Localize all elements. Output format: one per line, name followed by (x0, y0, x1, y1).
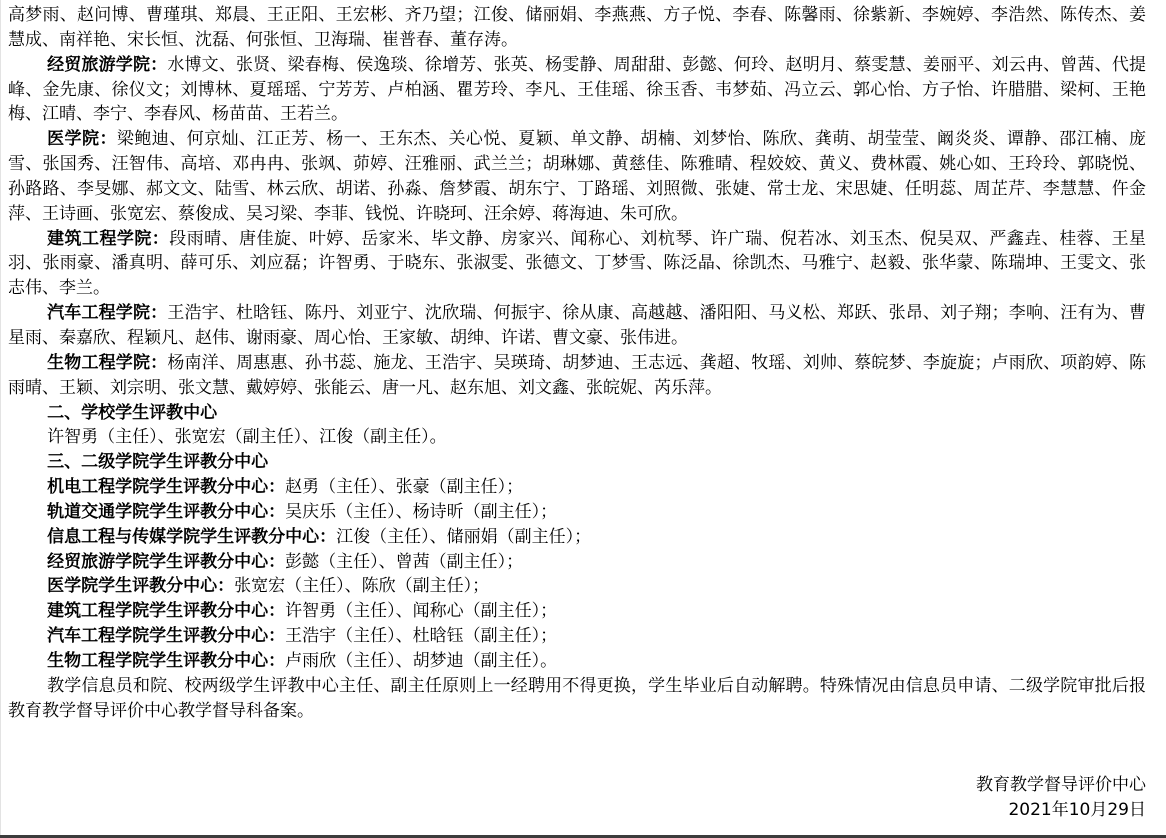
college-paragraph-yixueyuan: 医学院：梁鲍迪、何京灿、江正芳、杨一、王东杰、关心悦、夏颖、单文静、胡楠、刘梦怡… (8, 127, 1146, 226)
center-item-xinxi: 信息工程与传媒学院学生评教分中心：江俊（主任）、储丽娟（副主任）； (8, 525, 1146, 550)
center-item-qiche: 汽车工程学院学生评教分中心：王浩宇（主任）、杜晗钰（副主任）； (8, 624, 1146, 649)
college-label: 汽车工程学院： (47, 303, 167, 323)
center-members: 卢雨欣（主任）、胡梦迪（副主任）。 (285, 651, 557, 671)
signature: 教育教学督导评价中心 (8, 773, 1146, 798)
center-members: 江俊（主任）、储丽娟（副主任）； (336, 527, 591, 547)
college-names: 杨南洋、周惠惠、孙书蕊、施龙、王浩宇、吴瑛琦、胡梦迪、王志远、龚超、牧瑶、刘帅、… (8, 353, 1146, 398)
center-item-jianzhu: 建筑工程学院学生评教分中心：许智勇（主任）、闻称心（副主任）； (8, 599, 1146, 624)
closing-paragraph: 教学信息员和院、校两级学生评教中心主任、副主任原则上一经聘用不得更换，学生毕业后… (8, 674, 1146, 724)
signature-date: 2021年10月29日 (8, 798, 1146, 823)
section2-members: 许智勇（主任）、张宽宏（副主任）、江俊（副主任）。 (8, 425, 1146, 450)
center-item-jingmao: 经贸旅游学院学生评教分中心：彭懿（主任）、曾茜（副主任）； (8, 550, 1146, 575)
center-label: 轨道交通学院学生评教分中心： (47, 502, 285, 522)
college-paragraph-qiche: 汽车工程学院：王浩宇、杜晗钰、陈丹、刘亚宁、沈欣瑞、何振宇、徐从康、高越越、潘阳… (8, 301, 1146, 351)
center-members: 赵勇（主任）、张豪（副主任）； (285, 477, 523, 497)
document-page[interactable]: 高梦雨、赵问博、曹瑾琪、郑晨、王正阳、王宏彬、齐乃望；江俊、储丽娟、李燕燕、方子… (0, 0, 1166, 835)
college-names: 水博文、张贤、梁春梅、侯逸琰、徐增芳、张英、杨雯静、周甜甜、彭懿、何玲、赵明月、… (8, 55, 1146, 125)
college-label: 建筑工程学院： (47, 229, 169, 249)
college-paragraph-jianzhu: 建筑工程学院：段雨晴、唐佳旋、叶婷、岳家米、毕文静、房家兴、闻称心、刘杭琴、许广… (8, 227, 1146, 302)
section3-heading: 三、二级学院学生评教分中心 (8, 450, 1146, 475)
center-item-jidian: 机电工程学院学生评教分中心：赵勇（主任）、张豪（副主任）； (8, 475, 1146, 500)
section2-heading: 二、学校学生评教中心 (8, 401, 1146, 426)
center-label: 医学院学生评教分中心： (47, 576, 234, 596)
center-members: 张宽宏（主任）、陈欣（副主任）； (234, 576, 489, 596)
center-item-guidao: 轨道交通学院学生评教分中心：吴庆乐（主任）、杨诗昕（副主任）； (8, 500, 1146, 525)
college-paragraph-jingmao: 经贸旅游学院：水博文、张贤、梁春梅、侯逸琰、徐增芳、张英、杨雯静、周甜甜、彭懿、… (8, 53, 1146, 128)
center-label: 生物工程学院学生评教分中心： (47, 651, 285, 671)
center-item-yixueyuan: 医学院学生评教分中心：张宽宏（主任）、陈欣（副主任）； (8, 574, 1146, 599)
center-label: 建筑工程学院学生评教分中心： (47, 601, 285, 621)
center-members: 王浩宇（主任）、杜晗钰（副主任）； (285, 626, 557, 646)
center-label: 机电工程学院学生评教分中心： (47, 477, 285, 497)
center-members: 吴庆乐（主任）、杨诗昕（副主任）； (285, 502, 557, 522)
center-label: 经贸旅游学院学生评教分中心： (47, 552, 285, 572)
center-label: 汽车工程学院学生评教分中心： (47, 626, 285, 646)
college-names: 王浩宇、杜晗钰、陈丹、刘亚宁、沈欣瑞、何振宇、徐从康、高越越、潘阳阳、马义松、郑… (8, 303, 1146, 348)
college-names: 段雨晴、唐佳旋、叶婷、岳家米、毕文静、房家兴、闻称心、刘杭琴、许广瑞、倪若冰、刘… (8, 229, 1146, 299)
center-label: 信息工程与传媒学院学生评教分中心： (47, 527, 336, 547)
center-members: 许智勇（主任）、闻称心（副主任）； (285, 601, 557, 621)
continuation-names-paragraph: 高梦雨、赵问博、曹瑾琪、郑晨、王正阳、王宏彬、齐乃望；江俊、储丽娟、李燕燕、方子… (8, 3, 1146, 53)
center-item-shengwu: 生物工程学院学生评教分中心：卢雨欣（主任）、胡梦迪（副主任）。 (8, 649, 1146, 674)
center-members: 彭懿（主任）、曾茜（副主任）； (285, 552, 523, 572)
college-label: 生物工程学院： (47, 353, 167, 373)
college-paragraph-shengwu: 生物工程学院：杨南洋、周惠惠、孙书蕊、施龙、王浩宇、吴瑛琦、胡梦迪、王志远、龚超… (8, 351, 1146, 401)
college-label: 医学院： (47, 129, 117, 149)
college-label: 经贸旅游学院： (47, 55, 167, 75)
college-names: 梁鲍迪、何京灿、江正芳、杨一、王东杰、关心悦、夏颖、单文静、胡楠、刘梦怡、陈欣、… (8, 129, 1146, 224)
